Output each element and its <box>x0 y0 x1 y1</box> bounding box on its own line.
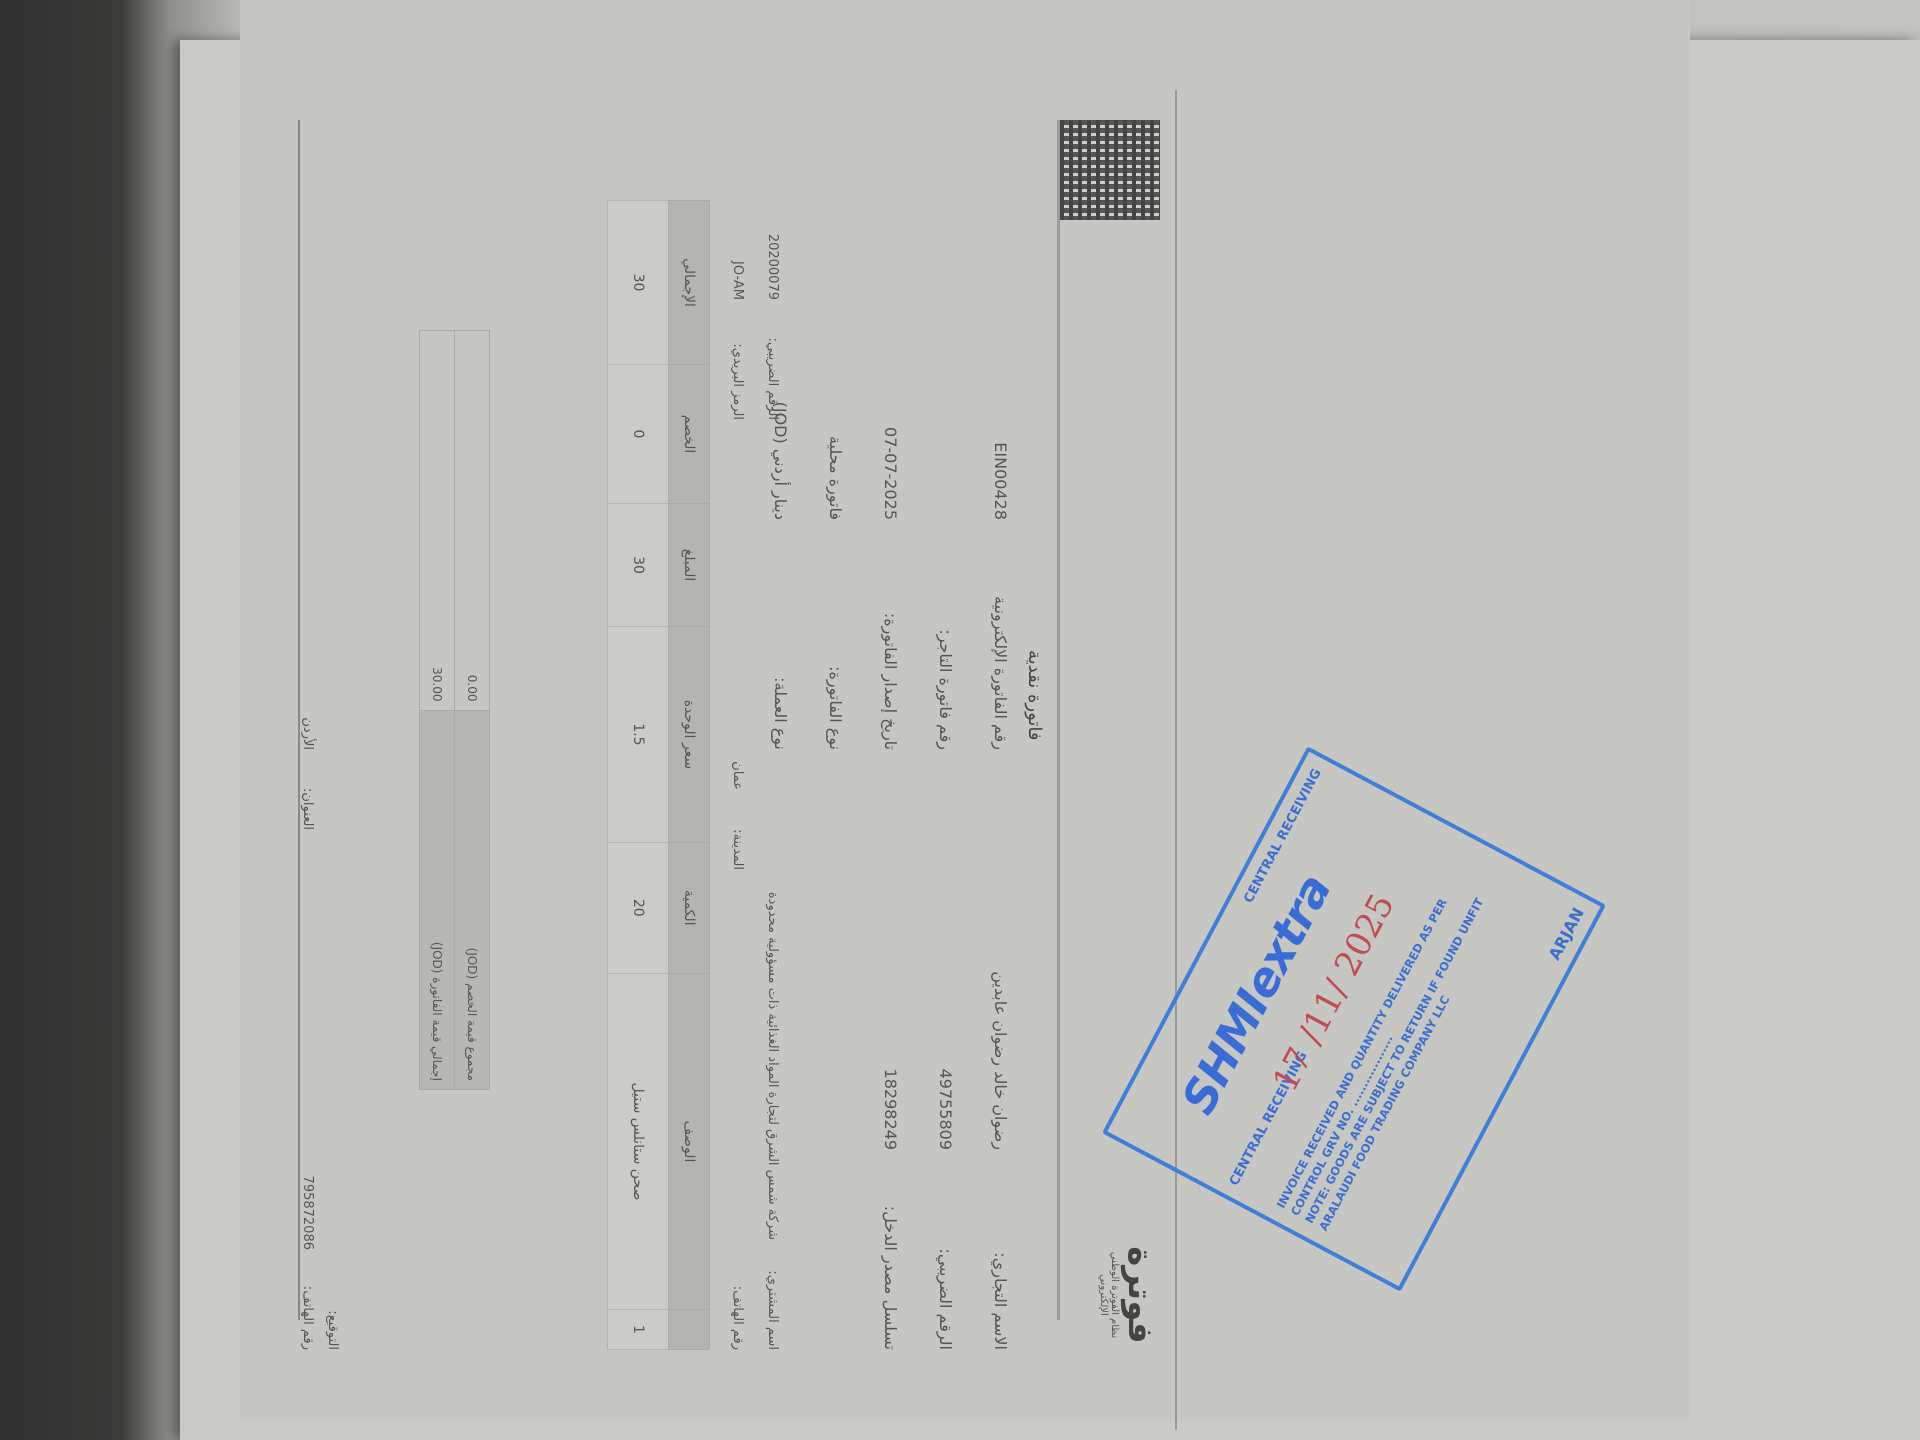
merchant-invoice-label: رقم فاتورة التاجر: <box>936 629 955 750</box>
invoice-date-label: تاريخ إصدار الفاتورة: <box>881 613 900 750</box>
col-total: الإجمالي <box>669 201 710 365</box>
seller-tax-label: الرقم الضريبي: <box>936 1248 955 1350</box>
footer-address-value: الأردن <box>300 717 315 750</box>
einvoice-number-label: رقم الفاتورة الإلكترونية <box>991 596 1010 750</box>
buyer-city-value: عمان <box>730 761 745 790</box>
invoice-date-value: 07-07-2025 <box>881 427 900 520</box>
invoice-type-value: فاتورة محلية <box>826 436 845 520</box>
income-source-label: تسلسل مصدر الدخل: <box>881 1206 900 1350</box>
col-amount: المبلغ <box>669 503 710 627</box>
footer-phone-value: 795872086 <box>300 1176 315 1250</box>
footer-divider <box>298 120 300 1320</box>
qr-code <box>1060 120 1160 220</box>
buyer-postal-value: JO-AM <box>730 261 745 300</box>
buyer-city-label: المدينة: <box>730 829 745 870</box>
jofotara-logo: فوترة نظام الفوترة الوطني الإلكتروني <box>1080 1240 1160 1350</box>
footer-phone-label: رقم الهاتف: <box>300 1286 315 1350</box>
buyer-name-value: شركة شمس الشرق لتجارة المواد الغذائية ذا… <box>765 892 780 1240</box>
line-items-table: الوصف الكمية سعر الوحدة المبلغ الخصم الإ… <box>607 200 710 1350</box>
header-divider <box>1057 120 1060 1320</box>
signature-label: التوقيع: <box>325 1310 340 1350</box>
totals-row: إجمالي قيمة الفاتورة (JOD) 30.00 <box>420 331 455 1090</box>
currency-label: نوع العملة: <box>771 677 790 750</box>
col-unit-price: سعر الوحدة <box>669 627 710 842</box>
invoice-document: فوترة نظام الفوترة الوطني الإلكتروني فات… <box>180 90 1180 1390</box>
col-quantity: الكمية <box>669 842 710 973</box>
income-source-value: 18298249 <box>881 1069 900 1150</box>
invoice-type-label: نوع الفاتورة: <box>826 666 845 750</box>
buyer-tax-label: الرقم الضريبي: <box>765 337 780 420</box>
buyer-tax-value: 20200079 <box>765 234 780 300</box>
totals-table: مجموع قيمة الخصم (JOD) 0.00 إجمالي قيمة … <box>419 330 490 1090</box>
seller-name-value: رضوان خالد رضوان عابدين <box>991 971 1010 1150</box>
buyer-phone-label: رقم الهاتف: <box>730 1286 745 1350</box>
col-discount: الخصم <box>669 365 710 504</box>
totals-row: مجموع قيمة الخصم (JOD) 0.00 <box>455 331 490 1090</box>
col-description: الوصف <box>669 973 710 1309</box>
seller-tax-value: 49755809 <box>936 1069 955 1150</box>
table-row: 1 صحن ستانلس ستيل 20 1.5 30 0 30 <box>608 201 669 1350</box>
page-edge-line <box>1175 90 1177 1430</box>
invoice-title: فاتورة نقدية <box>1024 650 1045 740</box>
einvoice-number-value: EIN00428 <box>991 442 1010 520</box>
buyer-postal-label: الرمز البريدي: <box>730 343 745 420</box>
buyer-name-label: اسم المشتري: <box>765 1270 780 1350</box>
footer-address-label: العنوان: <box>300 788 315 830</box>
seller-name-label: الاسم التجاري: <box>991 1252 1010 1350</box>
